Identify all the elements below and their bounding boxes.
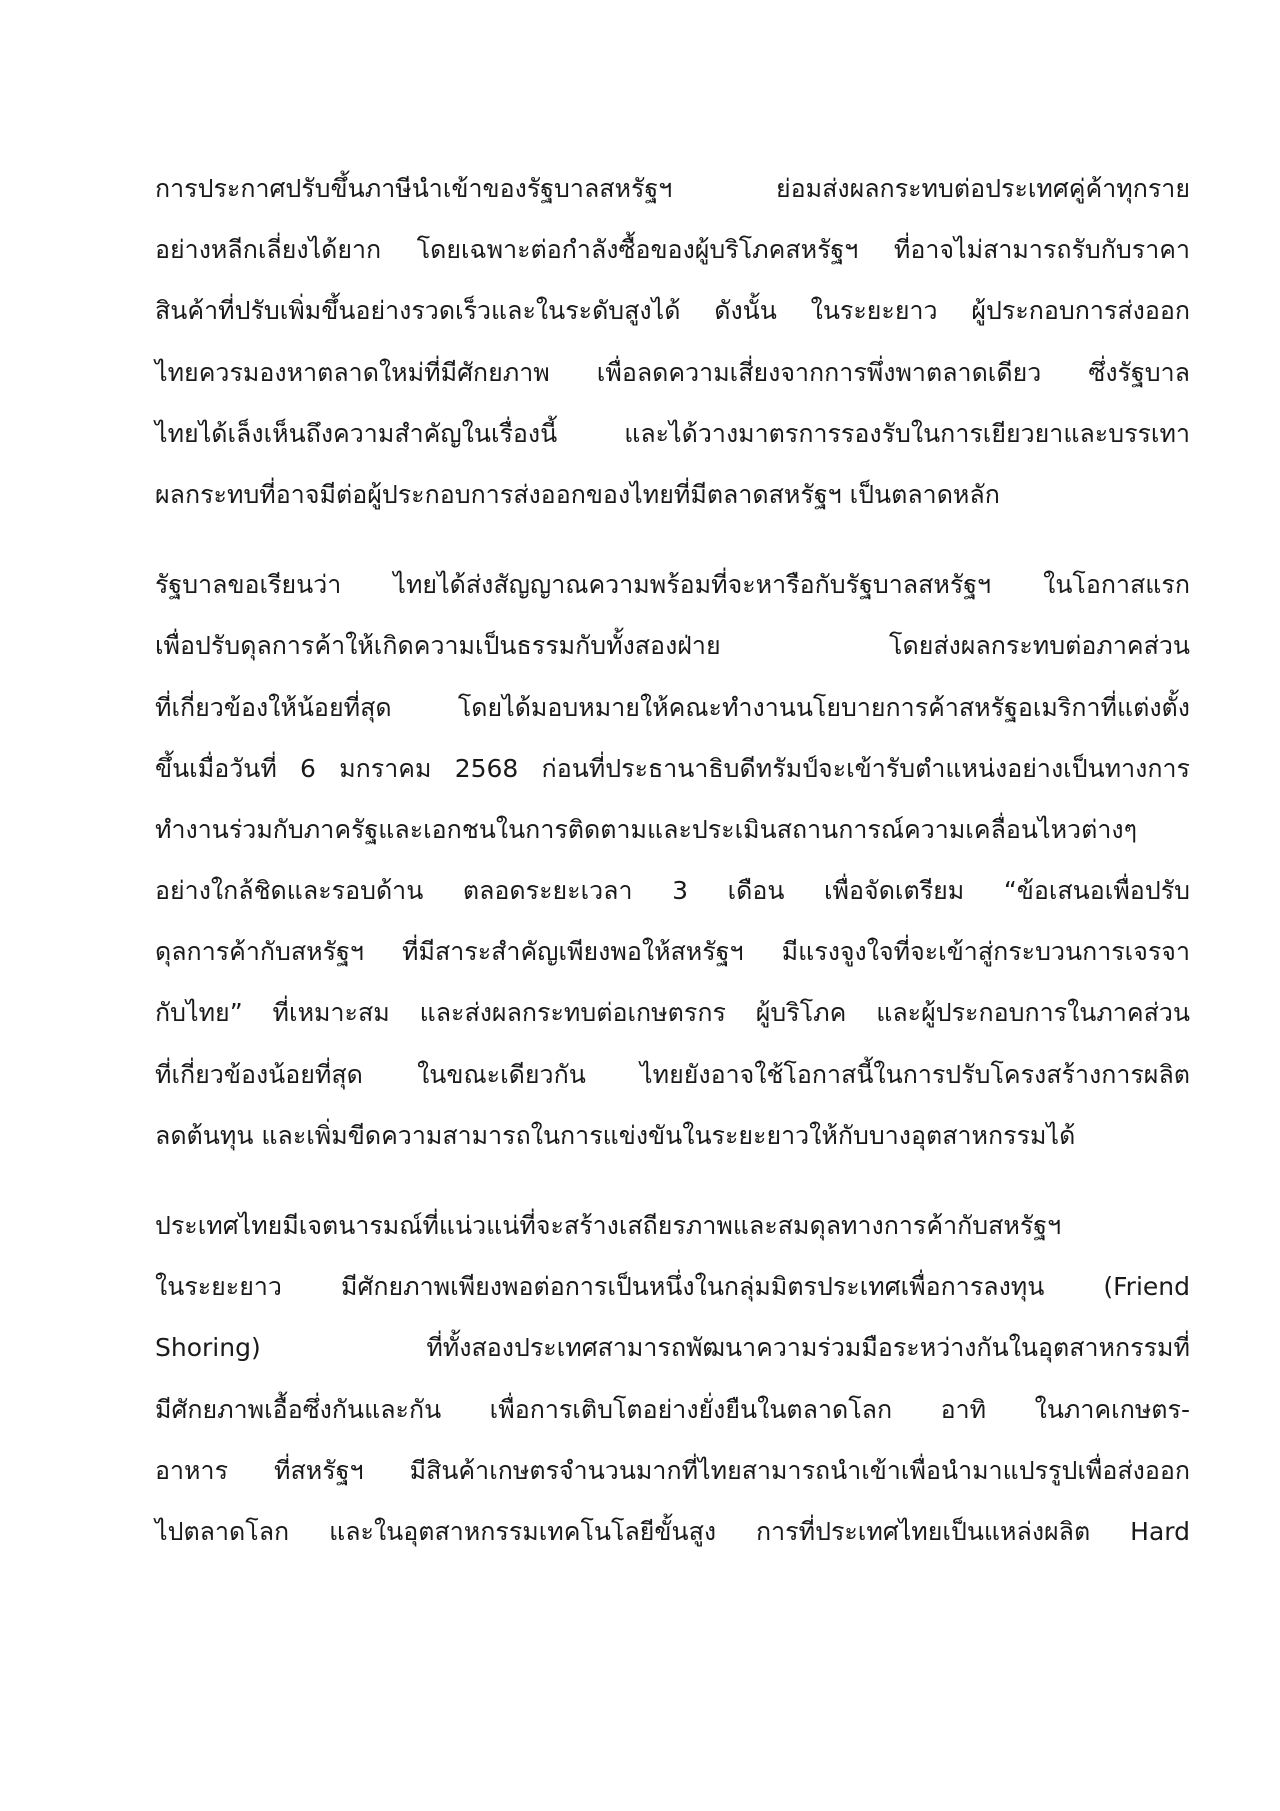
text-line: ในระยะยาว มีศักยภาพเพียงพอต่อการเป็นหนึ่… (155, 1256, 1190, 1317)
text-line: ไทยควรมองหาตลาดใหม่ที่มีศักยภาพ เพื่อลดค… (155, 342, 1190, 403)
text-line: ประเทศไทยมีเจตนารมณ์ที่แน่วแน่ที่จะสร้าง… (155, 1195, 1190, 1256)
text-line: การประกาศปรับขึ้นภาษีนำเข้าของรัฐบาลสหรั… (155, 158, 1190, 219)
text-line: มีศักยภาพเอื้อซึ่งกันและกัน เพื่อการเติบ… (155, 1379, 1190, 1440)
text-line: ที่เกี่ยวข้องให้น้อยที่สุด โดยได้มอบหมาย… (155, 677, 1190, 738)
document-page: การประกาศปรับขึ้นภาษีนำเข้าของรัฐบาลสหรั… (155, 158, 1190, 1562)
paragraph-1: การประกาศปรับขึ้นภาษีนำเข้าของรัฐบาลสหรั… (155, 158, 1190, 525)
text-line: ไปตลาดโลก และในอุตสาหกรรมเทคโนโลยีขั้นสู… (155, 1501, 1190, 1562)
text-line: Shoring) ที่ทั้งสองประเทศสามารถพัฒนาความ… (155, 1317, 1190, 1378)
text-line: เพื่อปรับดุลการค้าให้เกิดความเป็นธรรมกับ… (155, 615, 1190, 676)
text-line: ไทยได้เล็งเห็นถึงความสำคัญในเรื่องนี้ แล… (155, 403, 1190, 464)
text-line: ขึ้นเมื่อวันที่ 6 มกราคม 2568 ก่อนที่ประ… (155, 738, 1190, 799)
text-line: ที่เกี่ยวข้องน้อยที่สุด ในขณะเดียวกัน ไท… (155, 1044, 1190, 1105)
text-line: อย่างหลีกเลี่ยงได้ยาก โดยเฉพาะต่อกำลังซื… (155, 219, 1190, 280)
text-line: อย่างใกล้ชิดและรอบด้าน ตลอดระยะเวลา 3 เด… (155, 860, 1190, 921)
text-line: สินค้าที่ปรับเพิ่มขึ้นอย่างรวดเร็วและในร… (155, 280, 1190, 341)
text-line: กับไทย” ที่เหมาะสม และส่งผลกระทบต่อเกษตร… (155, 982, 1190, 1043)
text-line: ลดต้นทุน และเพิ่มขีดความสามารถในการแข่งข… (155, 1105, 1190, 1166)
paragraph-3: ประเทศไทยมีเจตนารมณ์ที่แน่วแน่ที่จะสร้าง… (155, 1195, 1190, 1562)
paragraph-2: รัฐบาลขอเรียนว่า ไทยได้ส่งสัญญาณความพร้อ… (155, 554, 1190, 1166)
text-line: อาหาร ที่สหรัฐฯ มีสินค้าเกษตรจำนวนมากที่… (155, 1440, 1190, 1501)
text-line: ดุลการค้ากับสหรัฐฯ ที่มีสาระสำคัญเพียงพอ… (155, 921, 1190, 982)
text-line: รัฐบาลขอเรียนว่า ไทยได้ส่งสัญญาณความพร้อ… (155, 554, 1190, 615)
text-line: ทำงานร่วมกับภาครัฐและเอกชนในการติดตามและ… (155, 799, 1190, 860)
text-line: ผลกระทบที่อาจมีต่อผู้ประกอบการส่งออกของไ… (155, 464, 1190, 525)
